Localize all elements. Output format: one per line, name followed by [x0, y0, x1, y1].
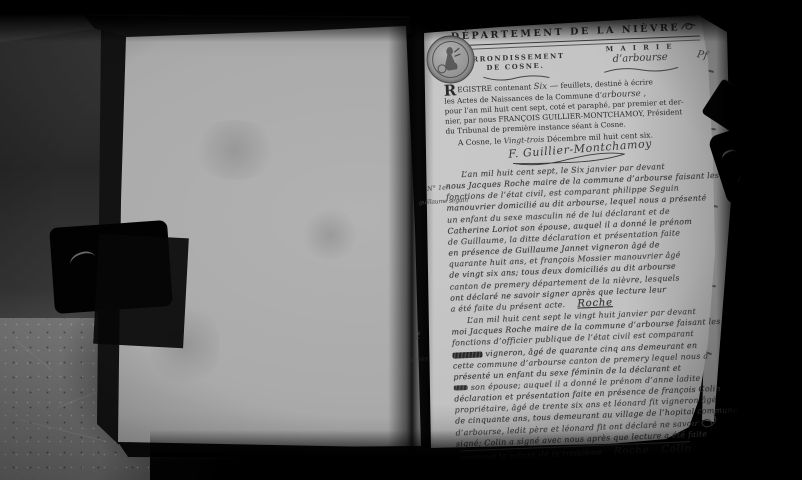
- handwritten-acts: L’an mil huit cent sept, le Six janvier …: [445, 159, 727, 475]
- crossed-out-word: [454, 386, 468, 392]
- archive-photo-scene: Premier feuillet. DÉPARTEMENT DE LA NIÈV…: [0, 0, 802, 480]
- edge-paraph: Pf: [696, 49, 708, 62]
- right-page-content: Premier feuillet. DÉPARTEMENT DE LA NIÈV…: [437, 9, 726, 456]
- act1-signature-roche: Roche: [577, 297, 613, 309]
- margin-page-number: 2: [414, 331, 420, 342]
- book-gutter: [388, 22, 434, 452]
- date-handwritten: Vingt-trois: [503, 135, 544, 146]
- page-stain: [190, 120, 280, 180]
- stamp-figure-icon: [427, 36, 475, 84]
- swash-brace-icon: [602, 64, 680, 75]
- margin-act-number: N° 1er.: [427, 183, 451, 193]
- date-print-a: A Cosne, le: [458, 137, 502, 148]
- register-preamble: REGISTRE contenant Six — feuillets, dest…: [444, 75, 710, 136]
- page-stain: [300, 210, 360, 260]
- margin-faint-note: après: [411, 355, 428, 363]
- mairie-block: M A I R I E d’arbourse: [577, 41, 703, 79]
- shadow-bottom: [150, 430, 802, 480]
- left-paper-clip-jaw: [93, 234, 189, 349]
- shadow-top: [0, 0, 802, 42]
- fill-feuillets-count: Six —: [534, 81, 559, 92]
- crossed-out-word: [452, 351, 482, 358]
- shadow-right: [716, 0, 802, 480]
- birth-act-1[interactable]: L’an mil huit cent sept, le Six janvier …: [445, 159, 721, 315]
- revenue-stamp-icon: [426, 35, 476, 85]
